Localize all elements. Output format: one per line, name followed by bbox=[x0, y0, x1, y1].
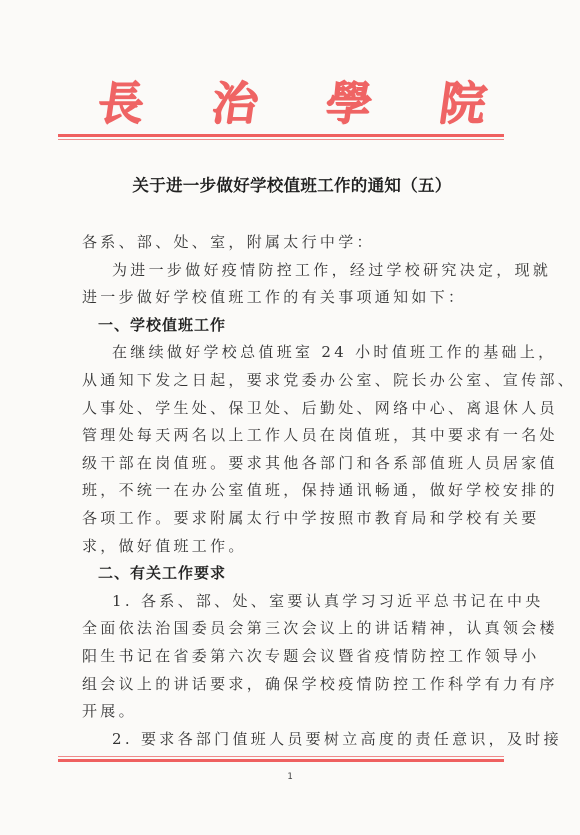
document-body: 各系、部、处、室，附属太行中学： 为进一步做好疫情防控工作，经过学校研究决定，现… bbox=[82, 229, 494, 753]
paragraph-line: 从通知下发之日起，要求党委办公室、院长办公室、宣传部、 bbox=[82, 367, 494, 395]
paragraph-line: 阳生书记在省委第六次专题会议暨省疫情防控工作领导小 bbox=[82, 643, 494, 671]
page-number: 1 bbox=[0, 772, 580, 782]
paragraph-line: 管理处每天两名以上工作人员在岗值班，其中要求有一名处 bbox=[82, 422, 494, 450]
paragraph-line: 2. 要求各部门值班人员要树立高度的责任意识，及时接 bbox=[82, 726, 494, 754]
paragraph-line: 在继续做好学校总值班室 24 小时值班工作的基础上， bbox=[82, 339, 494, 367]
masthead-logo: 長 治 學 院 bbox=[92, 70, 492, 130]
paragraph-line: 求，做好值班工作。 bbox=[82, 533, 494, 561]
paragraph-line: 组会议上的讲话要求，确保学校疫情防控工作科学有力有序 bbox=[82, 671, 494, 699]
paragraph-line: 全面依法治国委员会第三次会议上的讲话精神，认真领会楼 bbox=[82, 615, 494, 643]
footer-rule-thick bbox=[58, 759, 504, 762]
header-rule-thin bbox=[58, 139, 504, 140]
paragraph-line: 为进一步做好疫情防控工作，经过学校研究决定，现就 bbox=[82, 257, 494, 285]
paragraph-line: 级干部在岗值班。要求其他各部门和各系部值班人员居家值 bbox=[82, 450, 494, 478]
paragraph-line: 各项工作。要求附属太行中学按照市教育局和学校有关要 bbox=[82, 505, 494, 533]
section-heading: 二、有关工作要求 bbox=[82, 560, 494, 588]
salutation: 各系、部、处、室，附属太行中学： bbox=[82, 229, 494, 257]
paragraph-line: 人事处、学生处、保卫处、后勤处、网络中心、离退休人员 bbox=[82, 395, 494, 423]
document-page: 長 治 學 院 关于进一步做好学校值班工作的通知（五） 各系、部、处、室，附属太… bbox=[0, 0, 580, 835]
masthead-char: 長 bbox=[93, 67, 148, 133]
masthead-char: 學 bbox=[321, 67, 376, 133]
document-title: 关于进一步做好学校值班工作的通知（五） bbox=[0, 172, 580, 196]
header-rule-thick bbox=[58, 134, 504, 137]
masthead-char: 院 bbox=[435, 67, 490, 133]
paragraph-line: 开展。 bbox=[82, 698, 494, 726]
paragraph-line: 1. 各系、部、处、室要认真学习习近平总书记在中央 bbox=[82, 588, 494, 616]
footer-rule-thin bbox=[58, 756, 504, 757]
section-heading: 一、学校值班工作 bbox=[82, 312, 494, 340]
paragraph-line: 班，不统一在办公室值班，保持通讯畅通，做好学校安排的 bbox=[82, 477, 494, 505]
masthead-char: 治 bbox=[207, 67, 262, 133]
paragraph-line: 进一步做好学校值班工作的有关事项通知如下： bbox=[82, 284, 494, 312]
